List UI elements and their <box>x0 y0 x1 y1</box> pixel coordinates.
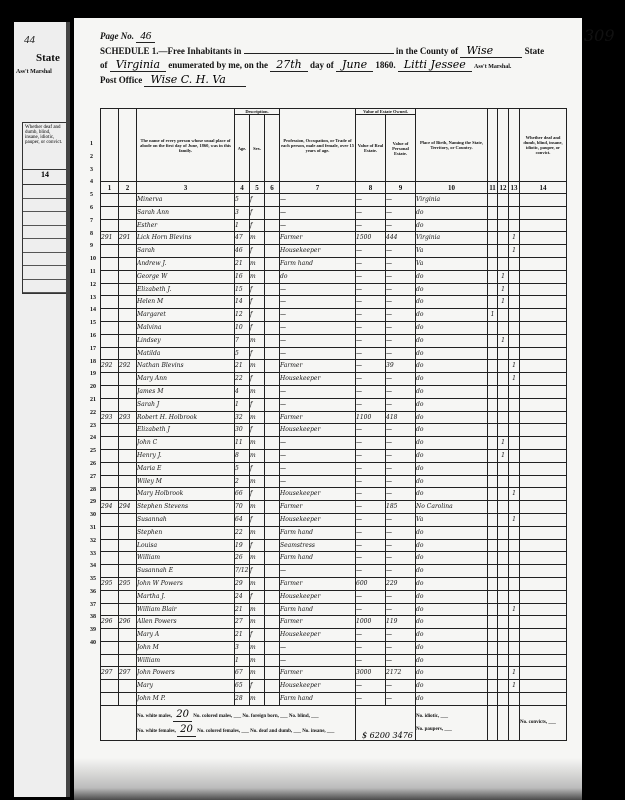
cell-name: Robert H. Holbrook <box>137 411 235 424</box>
cell-family <box>119 488 137 501</box>
cell-school: 1 <box>498 296 509 309</box>
schedule-line: SCHEDULE 1.—Free Inhabitants in in the C… <box>100 44 544 58</box>
row-number: 29 <box>90 499 100 512</box>
cell-occupation: Farmer <box>280 232 356 245</box>
cell-illiterate <box>509 590 520 603</box>
cell-real: 3000 <box>356 667 386 680</box>
state-value: Virginia <box>110 58 166 72</box>
totals-row: No. white males, 20 No. colored males, _… <box>101 705 567 740</box>
cell-birth: Virginia <box>416 232 488 245</box>
cell-age: 2 <box>235 475 250 488</box>
table-row: 296296Allen Powers27mFarmer1000119do <box>101 616 567 629</box>
of-label: of <box>100 60 108 70</box>
cell-married <box>488 360 498 373</box>
cell-color <box>265 513 280 526</box>
schedule-label: SCHEDULE 1.—Free Inhabitants in <box>100 46 241 56</box>
cell-real: — <box>356 462 386 475</box>
cell-occupation: — <box>280 206 356 219</box>
cell-real: — <box>356 385 386 398</box>
cell-sex: f <box>250 590 265 603</box>
cell-married <box>488 437 498 450</box>
cell-married <box>488 321 498 334</box>
cell-family <box>119 693 137 706</box>
cell-color <box>265 501 280 514</box>
cell-real: — <box>356 565 386 578</box>
cell-real: — <box>356 373 386 386</box>
cell-sex: f <box>250 206 265 219</box>
cell-married <box>488 488 498 501</box>
cell-birth: do <box>416 296 488 309</box>
cell-married <box>488 526 498 539</box>
cell-occupation: — <box>280 385 356 398</box>
col-name-header: The name of every person whose usual pla… <box>137 109 235 182</box>
cell-married <box>488 194 498 207</box>
cell-married <box>488 411 498 424</box>
cell-personal: — <box>386 334 416 347</box>
cell-real: — <box>356 283 386 296</box>
cell-disability <box>520 526 567 539</box>
cell-married <box>488 232 498 245</box>
cell-dwelling <box>101 654 119 667</box>
cell-sex: f <box>250 194 265 207</box>
cell-name: James M <box>137 385 235 398</box>
row-number: 2 <box>90 154 100 167</box>
table-row: Minerva5f———Virginia <box>101 194 567 207</box>
cell-illiterate: 1 <box>509 232 520 245</box>
row-number: 35 <box>90 576 100 589</box>
cell-disability <box>520 424 567 437</box>
cell-occupation: Housekeeper <box>280 373 356 386</box>
cell-real: — <box>356 488 386 501</box>
cell-illiterate: 1 <box>509 488 520 501</box>
cell-disability <box>520 641 567 654</box>
table-row: Susannah E7/12f———do <box>101 565 567 578</box>
cell-sex: m <box>250 475 265 488</box>
cell-sex: f <box>250 347 265 360</box>
cell-real: — <box>356 360 386 373</box>
cell-dwelling <box>101 641 119 654</box>
cell-color <box>265 449 280 462</box>
cell-occupation: — <box>280 641 356 654</box>
cell-real: — <box>356 603 386 616</box>
marshal-value: Litti Jessee <box>398 58 472 72</box>
cell-name: Allen Powers <box>137 616 235 629</box>
cell-birth: do <box>416 488 488 501</box>
cell-birth: do <box>416 565 488 578</box>
cell-sex: m <box>250 257 265 270</box>
cell-disability <box>520 385 567 398</box>
cell-real: — <box>356 526 386 539</box>
cell-name: Sarah J <box>137 398 235 411</box>
cell-color <box>265 577 280 590</box>
col-married-header: Married within the year. <box>488 109 498 182</box>
cell-personal: — <box>386 219 416 232</box>
cell-name: Maria E <box>137 462 235 475</box>
cell-name: Susannah <box>137 513 235 526</box>
cell-color <box>265 232 280 245</box>
cell-family: 296 <box>119 616 137 629</box>
cell-birth: do <box>416 539 488 552</box>
cell-occupation: Farm hand <box>280 552 356 565</box>
cell-color <box>265 283 280 296</box>
cell-disability <box>520 206 567 219</box>
cell-personal: — <box>386 347 416 360</box>
cell-married <box>488 283 498 296</box>
cell-married <box>488 449 498 462</box>
cell-illiterate <box>509 539 520 552</box>
cell-birth: do <box>416 577 488 590</box>
table-row: Esther1f———do <box>101 219 567 232</box>
stamp-number: 309 <box>584 26 615 45</box>
cell-birth: do <box>416 385 488 398</box>
cell-disability <box>520 437 567 450</box>
cell-illiterate <box>509 309 520 322</box>
cell-family <box>119 590 137 603</box>
cell-disability <box>520 462 567 475</box>
cell-family <box>119 539 137 552</box>
row-number: 17 <box>90 346 100 359</box>
cell-disability <box>520 577 567 590</box>
cell-dwelling <box>101 385 119 398</box>
cell-married <box>488 577 498 590</box>
row-number: 10 <box>90 256 100 269</box>
col-personal-estate-header: Value of Personal Estate. <box>386 115 416 182</box>
cell-family <box>119 462 137 475</box>
cell-illiterate <box>509 552 520 565</box>
left-page-number: 44 <box>24 34 35 46</box>
cell-family: 293 <box>119 411 137 424</box>
cell-age: 5 <box>235 194 250 207</box>
cell-disability <box>520 693 567 706</box>
cell-sex: f <box>250 309 265 322</box>
cell-family: 297 <box>119 667 137 680</box>
row-number: 31 <box>90 525 100 538</box>
cell-married <box>488 257 498 270</box>
cell-color <box>265 309 280 322</box>
table-row: Margaret12f———do1 <box>101 309 567 322</box>
cell-disability <box>520 552 567 565</box>
cell-name: John C <box>137 437 235 450</box>
cell-color <box>265 462 280 475</box>
row-number: 23 <box>90 423 100 436</box>
cell-color <box>265 385 280 398</box>
state-label: State <box>525 46 545 56</box>
cell-illiterate: 1 <box>509 680 520 693</box>
table-row: Maria E5f———do <box>101 462 567 475</box>
cell-married <box>488 603 498 616</box>
post-office-label: Post Office <box>100 75 142 85</box>
cell-color <box>265 321 280 334</box>
cell-personal: — <box>386 309 416 322</box>
cell-dwelling <box>101 513 119 526</box>
col-occupation-header: Profession, Occupation, or Trade of each… <box>280 109 356 182</box>
white-males-count: 20 <box>173 708 192 722</box>
cell-birth: do <box>416 321 488 334</box>
cell-birth: do <box>416 629 488 642</box>
cell-personal: — <box>386 680 416 693</box>
cell-family: 292 <box>119 360 137 373</box>
cell-family <box>119 334 137 347</box>
cell-color <box>265 590 280 603</box>
post-office-value: Wise C. H. Va <box>144 73 246 87</box>
cell-sex: m <box>250 526 265 539</box>
cell-married <box>488 373 498 386</box>
cell-occupation: Farmer <box>280 616 356 629</box>
cell-occupation: — <box>280 437 356 450</box>
table-row: Stephen22mFarm hand——do <box>101 526 567 539</box>
row-number: 22 <box>90 410 100 423</box>
cell-real: — <box>356 245 386 258</box>
cell-color <box>265 475 280 488</box>
cell-occupation: Farm hand <box>280 257 356 270</box>
cell-illiterate <box>509 629 520 642</box>
cell-married <box>488 398 498 411</box>
cell-real: — <box>356 219 386 232</box>
cell-married <box>488 219 498 232</box>
cell-sex: m <box>250 232 265 245</box>
cell-color <box>265 437 280 450</box>
cell-dwelling <box>101 565 119 578</box>
row-numbers-left: 1234567891011121314151617181920212223242… <box>90 141 100 653</box>
table-row: 291291Lick Horn Blevins47mFarmer1500444V… <box>101 232 567 245</box>
cell-family: 295 <box>119 577 137 590</box>
table-row: Wiley M2m———do <box>101 475 567 488</box>
row-number: 12 <box>90 282 100 295</box>
cell-real: — <box>356 654 386 667</box>
cell-personal: 444 <box>386 232 416 245</box>
cell-color <box>265 334 280 347</box>
cell-personal: — <box>386 475 416 488</box>
cell-age: 11 <box>235 437 250 450</box>
cell-dwelling <box>101 590 119 603</box>
table-row: 294294Stephen Stevens70mFarmer—185No Car… <box>101 501 567 514</box>
cell-real: — <box>356 590 386 603</box>
cell-name: Stephen Stevens <box>137 501 235 514</box>
cell-occupation: — <box>280 283 356 296</box>
table-row: Elizabeth J.15f———do1 <box>101 283 567 296</box>
cell-dwelling <box>101 475 119 488</box>
marshal-label: Ass't Marshal. <box>474 64 511 70</box>
cell-family <box>119 398 137 411</box>
cell-sex: f <box>250 373 265 386</box>
cell-personal: — <box>386 603 416 616</box>
cell-real: — <box>356 449 386 462</box>
cell-birth: do <box>416 373 488 386</box>
cell-married <box>488 245 498 258</box>
census-rows: Minerva5f———VirginiaSarah Ann3f———doEsth… <box>101 194 567 706</box>
cell-birth: do <box>416 219 488 232</box>
cell-disability <box>520 539 567 552</box>
cell-real: — <box>356 296 386 309</box>
enumeration-line: of Virginia enumerated by me, on the 27t… <box>100 58 511 72</box>
cell-occupation: — <box>280 654 356 667</box>
cell-family <box>119 219 137 232</box>
cell-illiterate <box>509 424 520 437</box>
cell-occupation: Farmer <box>280 577 356 590</box>
row-number: 13 <box>90 295 100 308</box>
cell-name: Lick Horn Blevins <box>137 232 235 245</box>
cell-school <box>498 488 509 501</box>
cell-dwelling <box>101 219 119 232</box>
cell-real: 1500 <box>356 232 386 245</box>
row-number: 5 <box>90 192 100 205</box>
cell-disability <box>520 629 567 642</box>
cell-occupation: Farmer <box>280 360 356 373</box>
row-number: 21 <box>90 397 100 410</box>
cell-name: George W <box>137 270 235 283</box>
cell-dwelling <box>101 526 119 539</box>
month-value: June <box>336 58 373 72</box>
cell-dwelling <box>101 334 119 347</box>
cell-name: Susannah E <box>137 565 235 578</box>
row-number: 19 <box>90 371 100 384</box>
cell-personal: — <box>386 629 416 642</box>
cell-age: 3 <box>235 206 250 219</box>
cell-name: Helen M <box>137 296 235 309</box>
col-illiterate-header: Persons over 20 y'rs of age who cannot r… <box>509 109 520 182</box>
cell-birth: do <box>416 283 488 296</box>
cell-name: Louisa <box>137 539 235 552</box>
cell-married <box>488 296 498 309</box>
cell-real: — <box>356 334 386 347</box>
cell-occupation: — <box>280 462 356 475</box>
cell-school <box>498 565 509 578</box>
cell-family <box>119 321 137 334</box>
table-row: James M4m———do <box>101 385 567 398</box>
cell-illiterate <box>509 577 520 590</box>
row-number: 25 <box>90 448 100 461</box>
cell-school <box>498 654 509 667</box>
cell-real: 1100 <box>356 411 386 424</box>
cell-illiterate <box>509 321 520 334</box>
cell-name: Wiley M <box>137 475 235 488</box>
cell-dwelling <box>101 321 119 334</box>
cell-age: 19 <box>235 539 250 552</box>
cell-personal: — <box>386 654 416 667</box>
cell-occupation: do <box>280 270 356 283</box>
column-numbers-row: 123 456 789 101112 1314 <box>101 182 567 194</box>
cell-name: Elizabeth J. <box>137 283 235 296</box>
row-number: 9 <box>90 243 100 256</box>
table-row: Matilda5f———do <box>101 347 567 360</box>
cell-personal: — <box>386 513 416 526</box>
cell-family <box>119 641 137 654</box>
cell-school <box>498 398 509 411</box>
left-col14-header: Whether deaf and dumb, blind, insane, id… <box>23 123 67 170</box>
cell-color <box>265 552 280 565</box>
cell-color <box>265 603 280 616</box>
cell-color <box>265 194 280 207</box>
cell-age: 64 <box>235 513 250 526</box>
cell-family <box>119 194 137 207</box>
cell-illiterate <box>509 206 520 219</box>
cell-birth: do <box>416 206 488 219</box>
table-row: Louisa19fSeamstress——do <box>101 539 567 552</box>
cell-real: — <box>356 424 386 437</box>
cell-age: 10 <box>235 321 250 334</box>
cell-illiterate <box>509 437 520 450</box>
col-birthplace-header: Place of Birth, Naming the State, Territ… <box>416 109 488 182</box>
cell-family <box>119 526 137 539</box>
col-dwelling-header: Dwelling-houses — numbered in the order … <box>101 109 119 182</box>
cell-color <box>265 360 280 373</box>
cell-dwelling <box>101 552 119 565</box>
cell-illiterate <box>509 616 520 629</box>
cell-color <box>265 616 280 629</box>
cell-sex: m <box>250 654 265 667</box>
col-sex-header: Sex. <box>250 115 265 182</box>
cell-age: 21 <box>235 629 250 642</box>
left-marshal-label: Ass't Marshal <box>16 69 52 75</box>
cell-name: Mary A <box>137 629 235 642</box>
cell-color <box>265 373 280 386</box>
cell-family <box>119 257 137 270</box>
cell-disability <box>520 309 567 322</box>
cell-sex: f <box>250 539 265 552</box>
table-row: Malvina10f———do <box>101 321 567 334</box>
table-row: Mary Ann22fHousekeeper——do1 <box>101 373 567 386</box>
cell-age: 21 <box>235 360 250 373</box>
cell-age: 26 <box>235 552 250 565</box>
cell-personal: — <box>386 449 416 462</box>
cell-occupation: — <box>280 347 356 360</box>
cell-disability <box>520 347 567 360</box>
cell-sex: m <box>250 603 265 616</box>
cell-illiterate <box>509 334 520 347</box>
cell-age: 32 <box>235 411 250 424</box>
cell-name: Martha J. <box>137 590 235 603</box>
table-row: Henry J.8m———do1 <box>101 449 567 462</box>
cell-age: 8 <box>235 449 250 462</box>
post-office-line: Post Office Wise C. H. Va <box>100 73 246 87</box>
cell-illiterate <box>509 296 520 309</box>
table-row: Helen M14f———do1 <box>101 296 567 309</box>
cell-color <box>265 270 280 283</box>
col-family-header: Families numbered in the order of visita… <box>119 109 137 182</box>
table-row: 295295John W Powers29mFarmer600229do <box>101 577 567 590</box>
cell-family <box>119 296 137 309</box>
cell-occupation: — <box>280 194 356 207</box>
cell-sex: m <box>250 501 265 514</box>
cell-birth: do <box>416 347 488 360</box>
left-state-label: State <box>36 52 60 64</box>
cell-sex: m <box>250 270 265 283</box>
cell-dwelling <box>101 296 119 309</box>
cell-personal: — <box>386 641 416 654</box>
cell-dwelling <box>101 693 119 706</box>
cell-color <box>265 296 280 309</box>
cell-occupation: Housekeeper <box>280 590 356 603</box>
cell-married <box>488 334 498 347</box>
cell-real: — <box>356 437 386 450</box>
cell-birth: do <box>416 603 488 616</box>
left-page-fragment: 44 State Ass't Marshal Whether deaf and … <box>14 22 66 797</box>
cell-birth: do <box>416 616 488 629</box>
cell-dwelling <box>101 194 119 207</box>
cell-name: Lindsey <box>137 334 235 347</box>
cell-real: — <box>356 501 386 514</box>
cell-birth: do <box>416 654 488 667</box>
cell-school <box>498 603 509 616</box>
cell-occupation: Housekeeper <box>280 680 356 693</box>
cell-disability <box>520 270 567 283</box>
cell-personal: — <box>386 283 416 296</box>
cell-married <box>488 270 498 283</box>
cell-disability <box>520 194 567 207</box>
cell-occupation: Farm hand <box>280 693 356 706</box>
cell-illiterate: 1 <box>509 373 520 386</box>
cell-age: 28 <box>235 693 250 706</box>
